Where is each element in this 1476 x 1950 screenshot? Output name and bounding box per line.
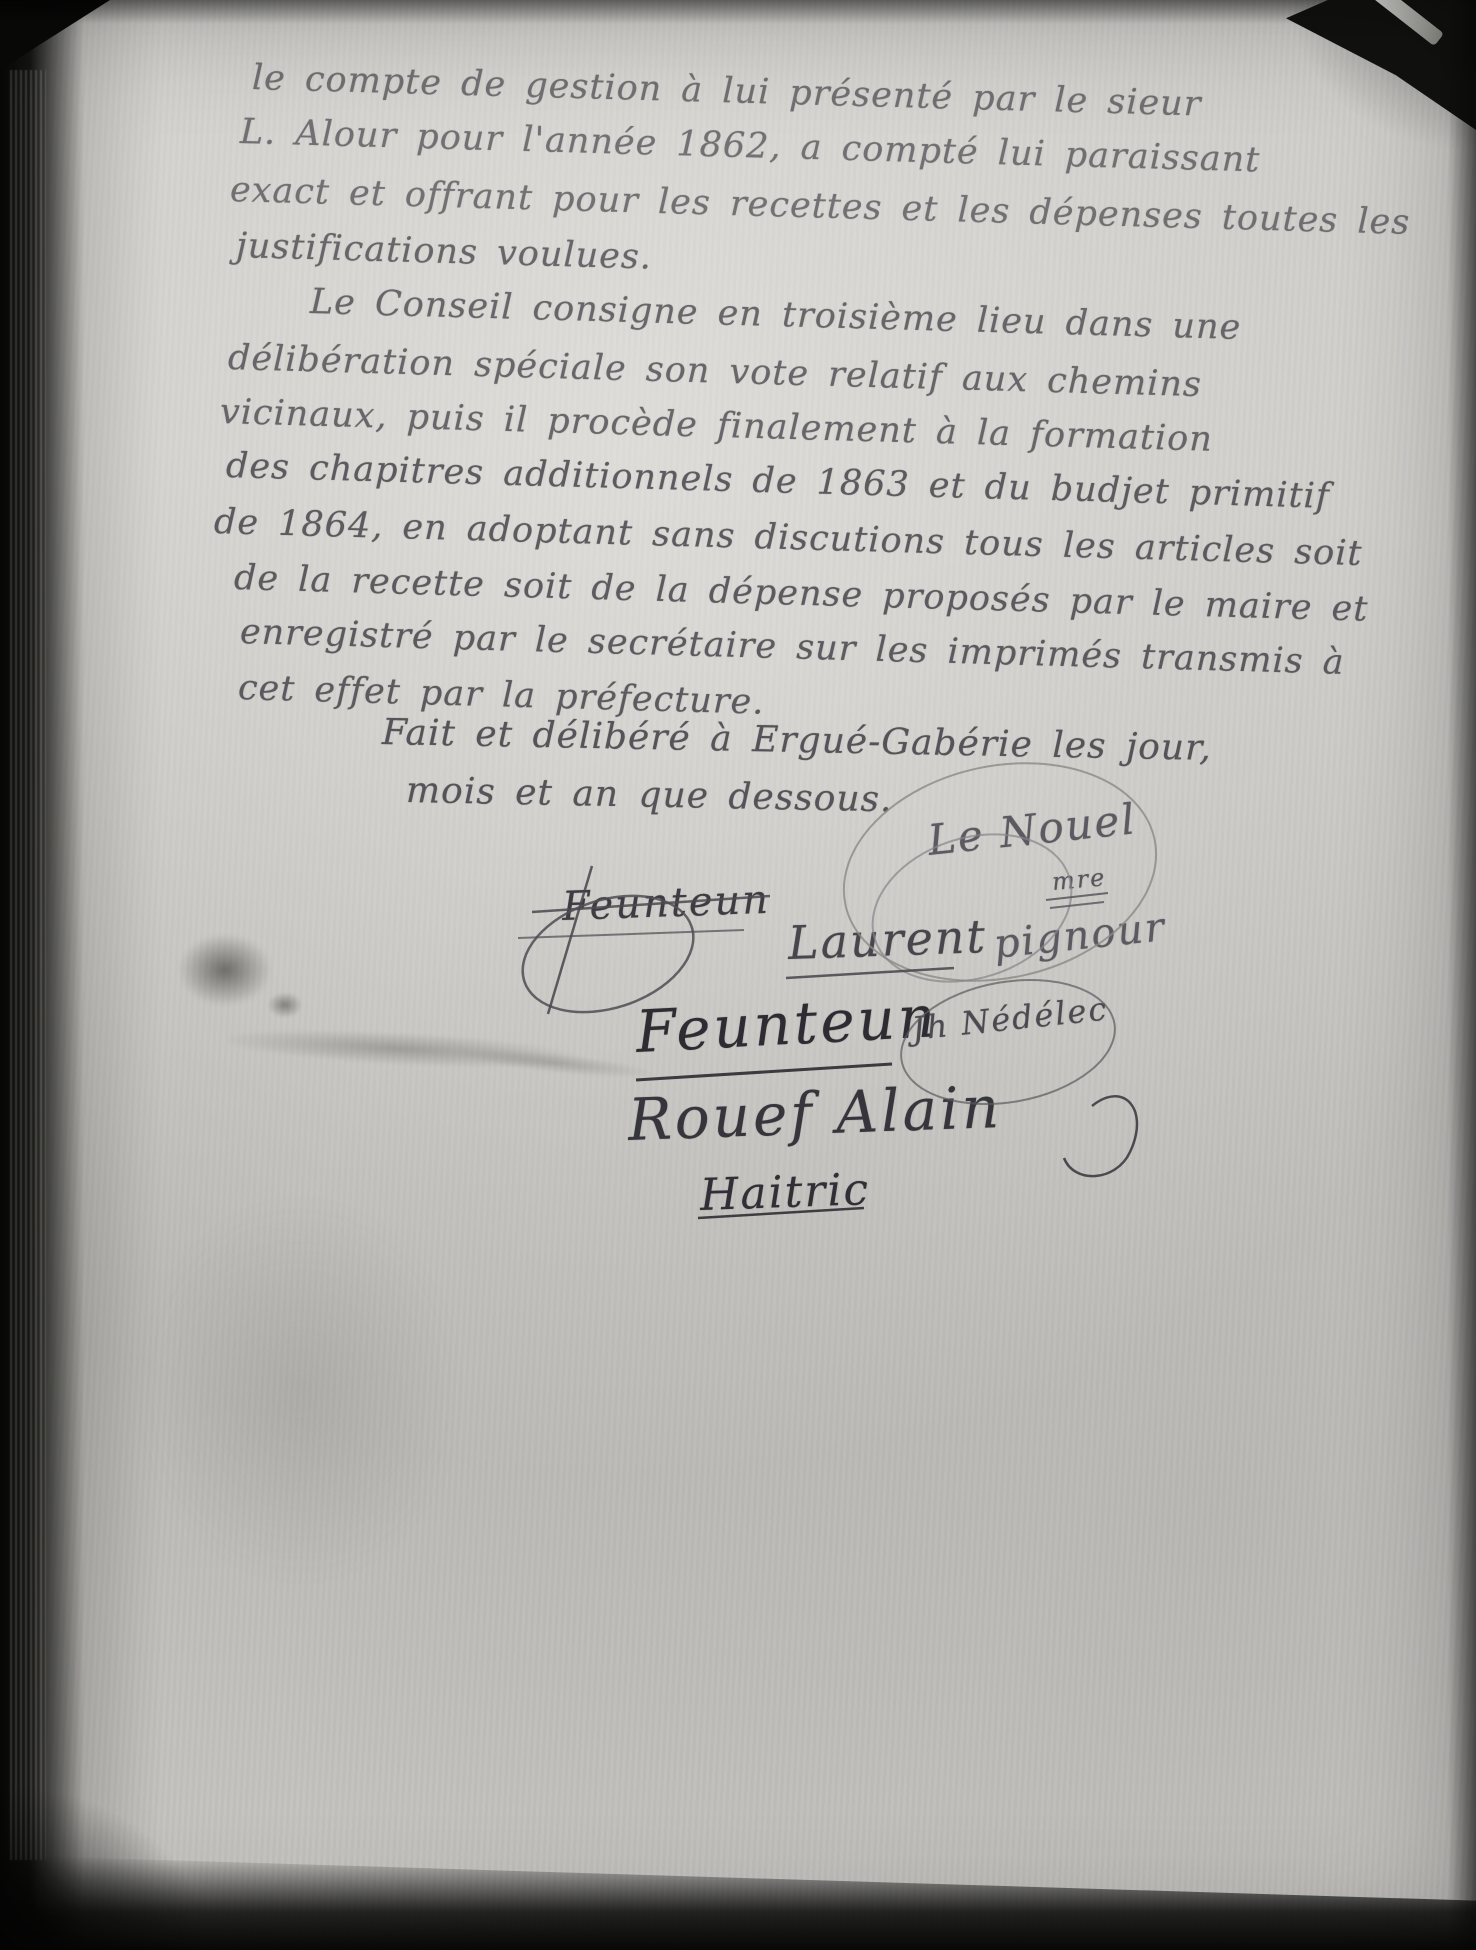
vignette: [0, 0, 1476, 1950]
photo-frame: le compte de gestion à lui présenté par …: [0, 0, 1476, 1950]
